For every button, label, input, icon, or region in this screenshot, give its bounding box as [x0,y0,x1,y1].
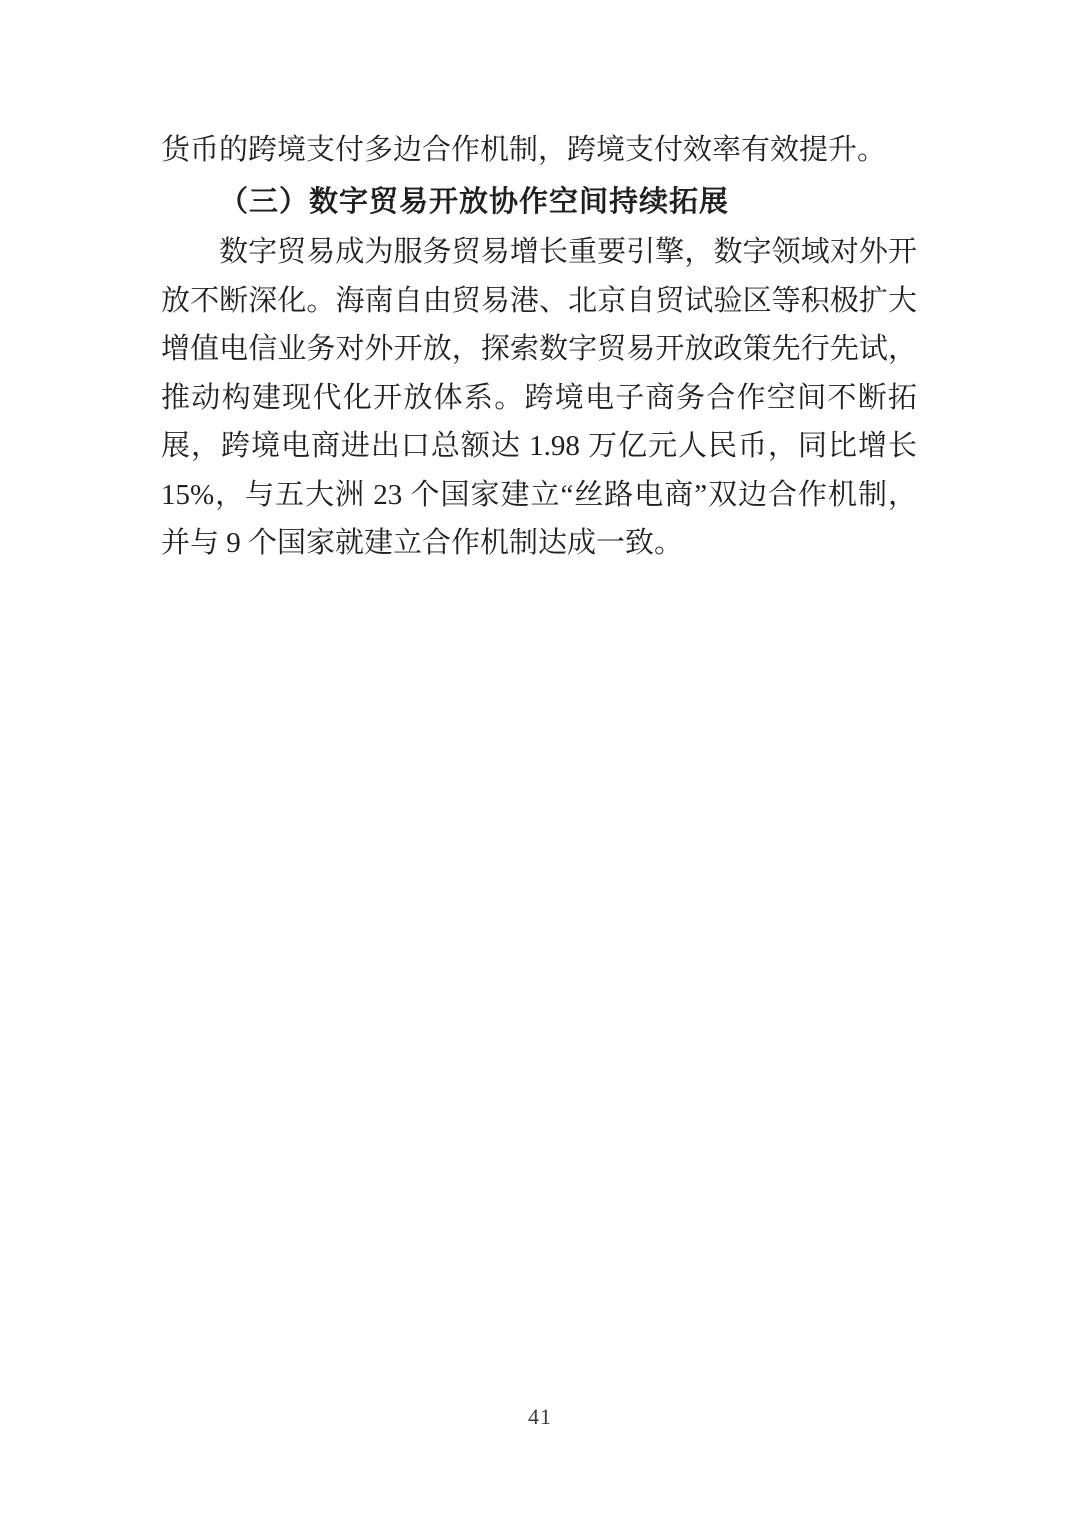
prev-paragraph-tail: 货币的跨境支付多边合作机制，跨境支付效率有效提升。 [161,126,917,175]
section-heading: （三）数字贸易开放协作空间持续拓展 [161,178,917,227]
body-paragraph: 数字贸易成为服务贸易增长重要引擎，数字领域对外开放不断深化。海南自由贸易港、北京… [161,228,917,568]
page-content: 货币的跨境支付多边合作机制，跨境支付效率有效提升。 （三）数字贸易开放协作空间持… [161,126,917,568]
page-number: 41 [528,1404,552,1429]
page-footer: 41 [0,1404,1080,1430]
document-page: 货币的跨境支付多边合作机制，跨境支付效率有效提升。 （三）数字贸易开放协作空间持… [0,0,1080,1527]
